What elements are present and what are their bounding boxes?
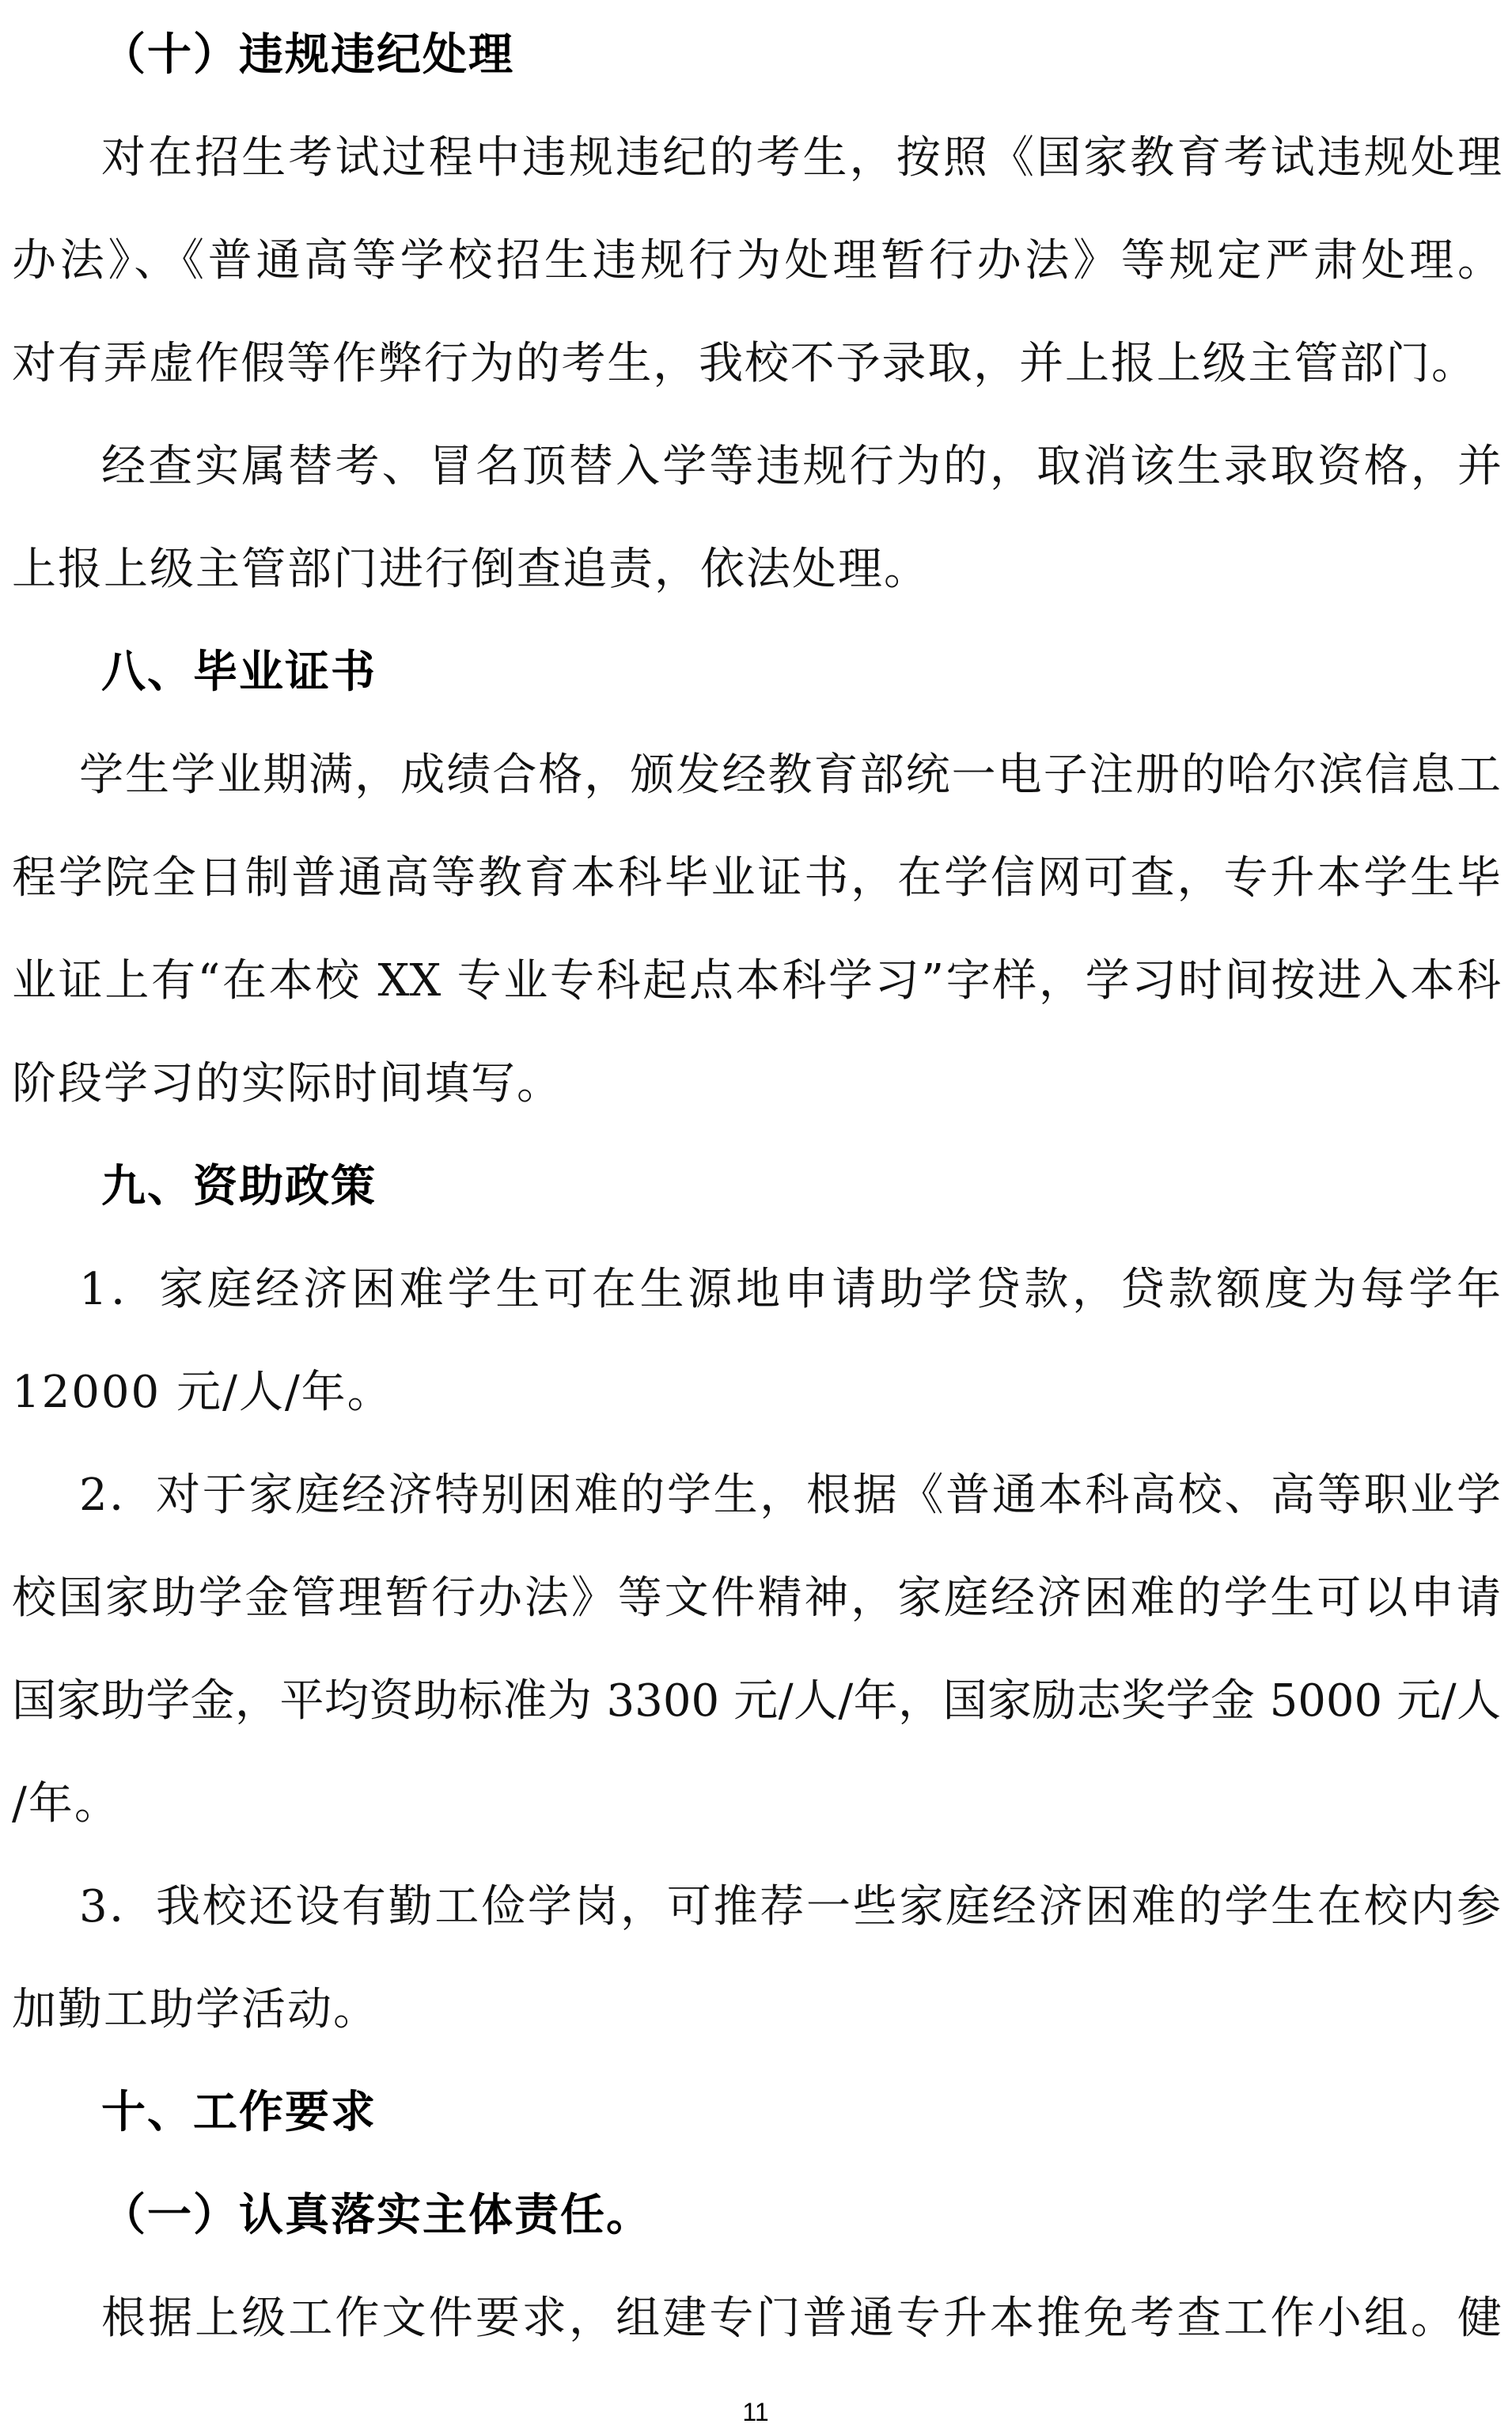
paragraph-line: 程学院全日制普通高等教育本科毕业证书，在学信网可查，专升本学生毕 (12, 851, 1501, 906)
paragraph-line: 学生学业期满，成绩合格，颁发经教育部统一电子注册的哈尔滨信息工 (79, 748, 1501, 803)
paragraph-line: 上报上级主管部门进行倒查追责，依法处理。 (12, 542, 961, 597)
list-item-line: 1．家庭经济困难学生可在生源地申请助学贷款，贷款额度为每学年 (79, 1262, 1501, 1318)
list-item-line: /年。 (12, 1777, 249, 1832)
page-number: 11 (716, 2398, 795, 2426)
paragraph-line: 办法》、《普通高等学校招生违规行为处理暂行办法》等规定严肃处理。 (12, 233, 1502, 289)
list-item-line: 国家助学金，平均资助标准为 3300 元/人/年，国家励志奖学金 5000 元/… (12, 1674, 1501, 1729)
list-item-line: 3．我校还设有勤工俭学岗，可推荐一些家庭经济困难的学生在校内参 (79, 1879, 1501, 1935)
paragraph-line: 经查实属替考、冒名顶替入学等违规行为的，取消该生录取资格，并 (101, 439, 1502, 495)
list-item-line: 12000 元/人/年。 (12, 1365, 566, 1420)
section-heading-financial-aid: 九、资助政策 (101, 1159, 497, 1215)
section-heading-violations: （十）违规违纪处理 (101, 28, 592, 83)
list-item-line: 2．对于家庭经济特别困难的学生，根据《普通本科高校、高等职业学 (79, 1468, 1501, 1523)
list-item-line: 校国家助学金管理暂行办法》等文件精神，家庭经济困难的学生可以申请 (12, 1571, 1501, 1626)
section-heading-work-requirements: 十、工作要求 (101, 2085, 497, 2141)
section-heading-graduation-certificate: 八、毕业证书 (101, 645, 497, 700)
document-page: （十）违规违纪处理 对在招生考试过程中违规违纪的考生，按照《国家教育考试违规处理… (0, 0, 1512, 2435)
paragraph-line: 对在招生考试过程中违规违纪的考生，按照《国家教育考试违规处理 (101, 131, 1502, 186)
subsection-heading-responsibility: （一）认真落实主体责任。 (101, 2188, 734, 2243)
paragraph-line: 对有弄虚作假等作弊行为的考生，我校不予录取，并上报上级主管部门。 (12, 336, 1476, 392)
paragraph-line: 阶段学习的实际时间填写。 (12, 1056, 724, 1112)
paragraph-line: 业证上有“在本校 XX 专业专科起点本科学习”字样，学习时间按进入本科 (12, 954, 1501, 1009)
paragraph-line: 根据上级工作文件要求，组建专门普通专升本推免考查工作小组。健 (101, 2291, 1502, 2346)
list-item-line: 加勤工助学活动。 (12, 1982, 566, 2038)
